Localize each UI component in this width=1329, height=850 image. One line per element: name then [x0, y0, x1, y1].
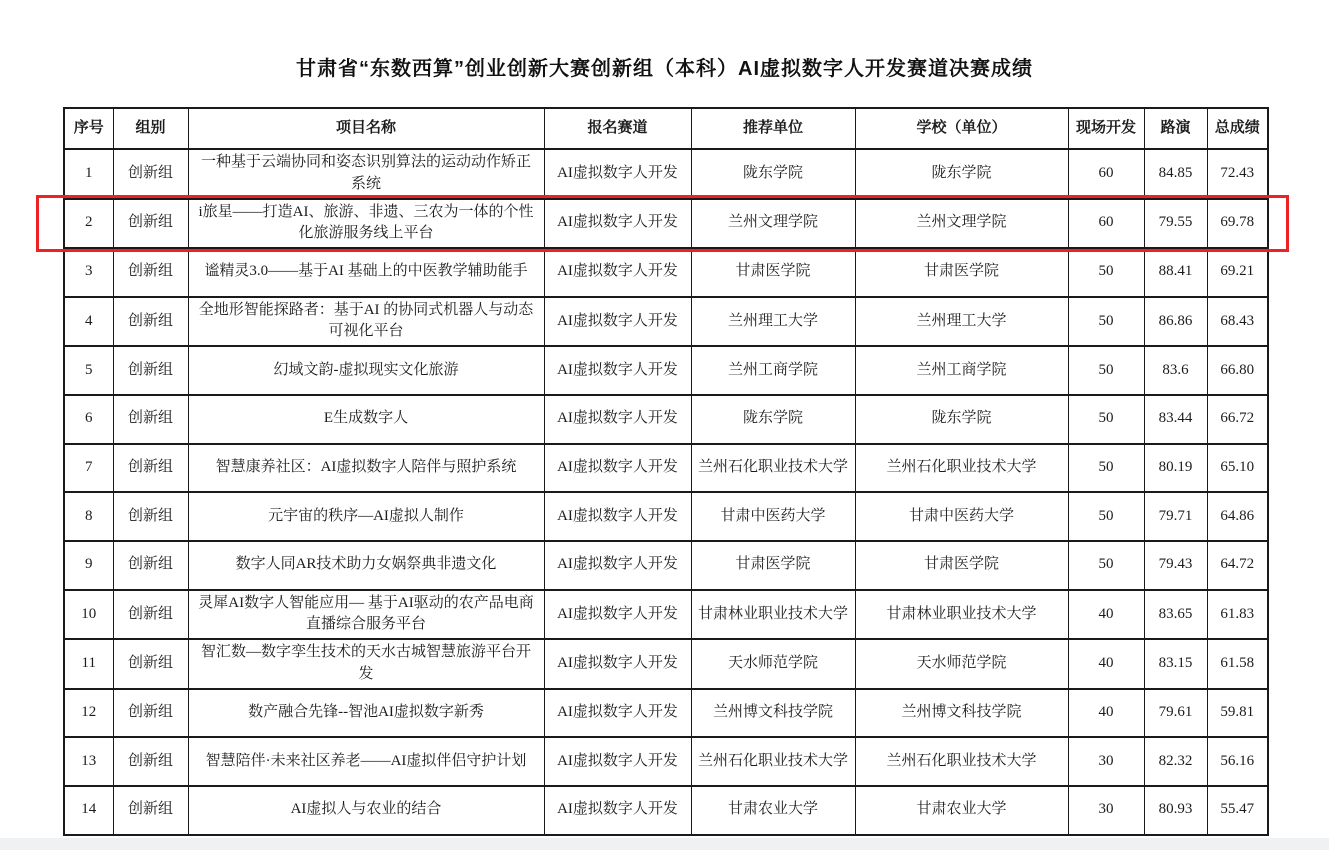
cell-track: AI虚拟数字人开发 [544, 149, 691, 199]
cell-track: AI虚拟数字人开发 [544, 492, 691, 541]
cell-roadshow-score: 79.71 [1144, 492, 1207, 541]
cell-roadshow-score: 84.85 [1144, 149, 1207, 199]
results-table: 序号组别项目名称报名赛道推荐单位学校（单位）现场开发路演总成绩 1创新组一种基于… [63, 107, 1269, 836]
cell-recommender: 甘肃农业大学 [691, 786, 855, 835]
cell-school: 甘肃医学院 [855, 248, 1068, 297]
cell-total-score: 72.43 [1207, 149, 1268, 199]
cell-group: 创新组 [113, 492, 188, 541]
cell-roadshow-score: 88.41 [1144, 248, 1207, 297]
cell-rank: 3 [64, 248, 113, 297]
cell-recommender: 天水师范学院 [691, 639, 855, 689]
cell-rank: 11 [64, 639, 113, 689]
cell-roadshow-score: 79.55 [1144, 199, 1207, 249]
cell-rank: 9 [64, 541, 113, 590]
cell-roadshow-score: 82.32 [1144, 737, 1207, 786]
cell-group: 创新组 [113, 590, 188, 640]
cell-recommender: 兰州文理学院 [691, 199, 855, 249]
cell-project-name: E生成数字人 [188, 395, 544, 444]
cell-project-name: 灵犀AI数字人智能应用— 基于AI驱动的农产品电商直播综合服务平台 [188, 590, 544, 640]
cell-track: AI虚拟数字人开发 [544, 297, 691, 347]
cell-live-dev-score: 50 [1068, 541, 1144, 590]
column-header-school: 学校（单位） [855, 108, 1068, 149]
cell-recommender: 陇东学院 [691, 149, 855, 199]
cell-total-score: 65.10 [1207, 444, 1268, 493]
cell-project-name: 数字人同AR技术助力女娲祭典非遗文化 [188, 541, 544, 590]
cell-roadshow-score: 83.15 [1144, 639, 1207, 689]
cell-rank: 4 [64, 297, 113, 347]
cell-recommender: 甘肃中医药大学 [691, 492, 855, 541]
cell-live-dev-score: 50 [1068, 346, 1144, 395]
cell-recommender: 兰州石化职业技术大学 [691, 444, 855, 493]
cell-live-dev-score: 30 [1068, 786, 1144, 835]
cell-total-score: 61.83 [1207, 590, 1268, 640]
cell-track: AI虚拟数字人开发 [544, 248, 691, 297]
cell-group: 创新组 [113, 199, 188, 249]
table-row: 2创新组i旅星——打造AI、旅游、非遗、三农为一体的个性化旅游服务线上平台AI虚… [64, 199, 1268, 249]
column-header-total-score: 总成绩 [1207, 108, 1268, 149]
cell-recommender: 兰州工商学院 [691, 346, 855, 395]
column-header-recommender: 推荐单位 [691, 108, 855, 149]
cell-project-name: 一种基于云端协同和姿态识别算法的运动动作矫正系统 [188, 149, 544, 199]
table-row: 13创新组智慧陪伴·未来社区养老——AI虚拟伴侣守护计划AI虚拟数字人开发兰州石… [64, 737, 1268, 786]
cell-track: AI虚拟数字人开发 [544, 395, 691, 444]
table-row: 6创新组E生成数字人AI虚拟数字人开发陇东学院陇东学院5083.4466.72 [64, 395, 1268, 444]
cell-project-name: 元宇宙的秩序—AI虚拟人制作 [188, 492, 544, 541]
cell-recommender: 甘肃林业职业技术大学 [691, 590, 855, 640]
cell-group: 创新组 [113, 786, 188, 835]
cell-rank: 6 [64, 395, 113, 444]
cell-live-dev-score: 50 [1068, 297, 1144, 347]
cell-track: AI虚拟数字人开发 [544, 689, 691, 738]
cell-live-dev-score: 60 [1068, 199, 1144, 249]
column-header-track: 报名赛道 [544, 108, 691, 149]
table-row: 3创新组谧精灵3.0——基于AI 基础上的中医教学辅助能手AI虚拟数字人开发甘肃… [64, 248, 1268, 297]
cell-total-score: 61.58 [1207, 639, 1268, 689]
cell-rank: 10 [64, 590, 113, 640]
cell-total-score: 56.16 [1207, 737, 1268, 786]
cell-group: 创新组 [113, 689, 188, 738]
cell-group: 创新组 [113, 444, 188, 493]
cell-recommender: 兰州博文科技学院 [691, 689, 855, 738]
cell-roadshow-score: 80.19 [1144, 444, 1207, 493]
table-row: 9创新组数字人同AR技术助力女娲祭典非遗文化AI虚拟数字人开发甘肃医学院甘肃医学… [64, 541, 1268, 590]
cell-group: 创新组 [113, 737, 188, 786]
cell-rank: 8 [64, 492, 113, 541]
table-row: 4创新组全地形智能探路者：基于AI 的协同式机器人与动态可视化平台AI虚拟数字人… [64, 297, 1268, 347]
cell-track: AI虚拟数字人开发 [544, 737, 691, 786]
cell-project-name: 幻域文韵-虚拟现实文化旅游 [188, 346, 544, 395]
cell-total-score: 66.80 [1207, 346, 1268, 395]
cell-group: 创新组 [113, 248, 188, 297]
cell-live-dev-score: 50 [1068, 492, 1144, 541]
cell-rank: 13 [64, 737, 113, 786]
cell-rank: 12 [64, 689, 113, 738]
cell-total-score: 55.47 [1207, 786, 1268, 835]
cell-rank: 7 [64, 444, 113, 493]
cell-live-dev-score: 50 [1068, 444, 1144, 493]
cell-total-score: 68.43 [1207, 297, 1268, 347]
table-row: 5创新组幻域文韵-虚拟现实文化旅游AI虚拟数字人开发兰州工商学院兰州工商学院50… [64, 346, 1268, 395]
table-row: 12创新组数产融合先锋--智池AI虚拟数字新秀AI虚拟数字人开发兰州博文科技学院… [64, 689, 1268, 738]
page-bottom-bar [0, 838, 1329, 850]
column-header-roadshow-score: 路演 [1144, 108, 1207, 149]
table-row: 10创新组灵犀AI数字人智能应用— 基于AI驱动的农产品电商直播综合服务平台AI… [64, 590, 1268, 640]
table-header-row: 序号组别项目名称报名赛道推荐单位学校（单位）现场开发路演总成绩 [64, 108, 1268, 149]
cell-recommender: 甘肃医学院 [691, 541, 855, 590]
cell-rank: 14 [64, 786, 113, 835]
cell-track: AI虚拟数字人开发 [544, 786, 691, 835]
cell-school: 甘肃中医药大学 [855, 492, 1068, 541]
cell-live-dev-score: 40 [1068, 689, 1144, 738]
cell-group: 创新组 [113, 639, 188, 689]
cell-group: 创新组 [113, 149, 188, 199]
cell-school: 兰州石化职业技术大学 [855, 444, 1068, 493]
cell-project-name: 谧精灵3.0——基于AI 基础上的中医教学辅助能手 [188, 248, 544, 297]
cell-track: AI虚拟数字人开发 [544, 639, 691, 689]
table-row: 1创新组一种基于云端协同和姿态识别算法的运动动作矫正系统AI虚拟数字人开发陇东学… [64, 149, 1268, 199]
cell-school: 甘肃林业职业技术大学 [855, 590, 1068, 640]
cell-project-name: 数产融合先锋--智池AI虚拟数字新秀 [188, 689, 544, 738]
table-row: 11创新组智汇数—数字孪生技术的天水古城智慧旅游平台开发AI虚拟数字人开发天水师… [64, 639, 1268, 689]
cell-roadshow-score: 83.6 [1144, 346, 1207, 395]
document-page: 甘肃省“东数西算”创业创新大赛创新组（本科）AI虚拟数字人开发赛道决赛成绩 序号… [0, 0, 1329, 850]
cell-rank: 2 [64, 199, 113, 249]
cell-project-name: 智慧康养社区：AI虚拟数字人陪伴与照护系统 [188, 444, 544, 493]
cell-live-dev-score: 50 [1068, 248, 1144, 297]
cell-track: AI虚拟数字人开发 [544, 590, 691, 640]
cell-project-name: AI虚拟人与农业的结合 [188, 786, 544, 835]
table-body: 1创新组一种基于云端协同和姿态识别算法的运动动作矫正系统AI虚拟数字人开发陇东学… [64, 149, 1268, 835]
cell-roadshow-score: 83.65 [1144, 590, 1207, 640]
cell-live-dev-score: 60 [1068, 149, 1144, 199]
cell-total-score: 69.78 [1207, 199, 1268, 249]
table-row: 14创新组AI虚拟人与农业的结合AI虚拟数字人开发甘肃农业大学甘肃农业大学308… [64, 786, 1268, 835]
cell-school: 兰州文理学院 [855, 199, 1068, 249]
cell-total-score: 69.21 [1207, 248, 1268, 297]
cell-project-name: 智汇数—数字孪生技术的天水古城智慧旅游平台开发 [188, 639, 544, 689]
cell-live-dev-score: 50 [1068, 395, 1144, 444]
cell-roadshow-score: 79.61 [1144, 689, 1207, 738]
column-header-project-name: 项目名称 [188, 108, 544, 149]
cell-total-score: 64.72 [1207, 541, 1268, 590]
cell-track: AI虚拟数字人开发 [544, 541, 691, 590]
cell-rank: 1 [64, 149, 113, 199]
cell-group: 创新组 [113, 297, 188, 347]
cell-recommender: 甘肃医学院 [691, 248, 855, 297]
cell-school: 陇东学院 [855, 395, 1068, 444]
cell-track: AI虚拟数字人开发 [544, 199, 691, 249]
cell-school: 兰州博文科技学院 [855, 689, 1068, 738]
cell-school: 兰州工商学院 [855, 346, 1068, 395]
cell-group: 创新组 [113, 395, 188, 444]
table-row: 7创新组智慧康养社区：AI虚拟数字人陪伴与照护系统AI虚拟数字人开发兰州石化职业… [64, 444, 1268, 493]
cell-roadshow-score: 79.43 [1144, 541, 1207, 590]
cell-school: 甘肃医学院 [855, 541, 1068, 590]
cell-roadshow-score: 83.44 [1144, 395, 1207, 444]
cell-recommender: 兰州石化职业技术大学 [691, 737, 855, 786]
cell-total-score: 64.86 [1207, 492, 1268, 541]
cell-live-dev-score: 30 [1068, 737, 1144, 786]
cell-total-score: 59.81 [1207, 689, 1268, 738]
cell-school: 天水师范学院 [855, 639, 1068, 689]
cell-rank: 5 [64, 346, 113, 395]
cell-roadshow-score: 80.93 [1144, 786, 1207, 835]
cell-track: AI虚拟数字人开发 [544, 444, 691, 493]
cell-track: AI虚拟数字人开发 [544, 346, 691, 395]
cell-total-score: 66.72 [1207, 395, 1268, 444]
cell-recommender: 陇东学院 [691, 395, 855, 444]
cell-live-dev-score: 40 [1068, 590, 1144, 640]
cell-school: 兰州理工大学 [855, 297, 1068, 347]
cell-project-name: 全地形智能探路者：基于AI 的协同式机器人与动态可视化平台 [188, 297, 544, 347]
cell-roadshow-score: 86.86 [1144, 297, 1207, 347]
cell-school: 甘肃农业大学 [855, 786, 1068, 835]
cell-school: 陇东学院 [855, 149, 1068, 199]
column-header-rank: 序号 [64, 108, 113, 149]
column-header-live-dev-score: 现场开发 [1068, 108, 1144, 149]
page-title: 甘肃省“东数西算”创业创新大赛创新组（本科）AI虚拟数字人开发赛道决赛成绩 [0, 52, 1329, 81]
cell-group: 创新组 [113, 541, 188, 590]
table-row: 8创新组元宇宙的秩序—AI虚拟人制作AI虚拟数字人开发甘肃中医药大学甘肃中医药大… [64, 492, 1268, 541]
cell-project-name: i旅星——打造AI、旅游、非遗、三农为一体的个性化旅游服务线上平台 [188, 199, 544, 249]
cell-live-dev-score: 40 [1068, 639, 1144, 689]
cell-recommender: 兰州理工大学 [691, 297, 855, 347]
cell-school: 兰州石化职业技术大学 [855, 737, 1068, 786]
cell-group: 创新组 [113, 346, 188, 395]
column-header-group: 组别 [113, 108, 188, 149]
cell-project-name: 智慧陪伴·未来社区养老——AI虚拟伴侣守护计划 [188, 737, 544, 786]
